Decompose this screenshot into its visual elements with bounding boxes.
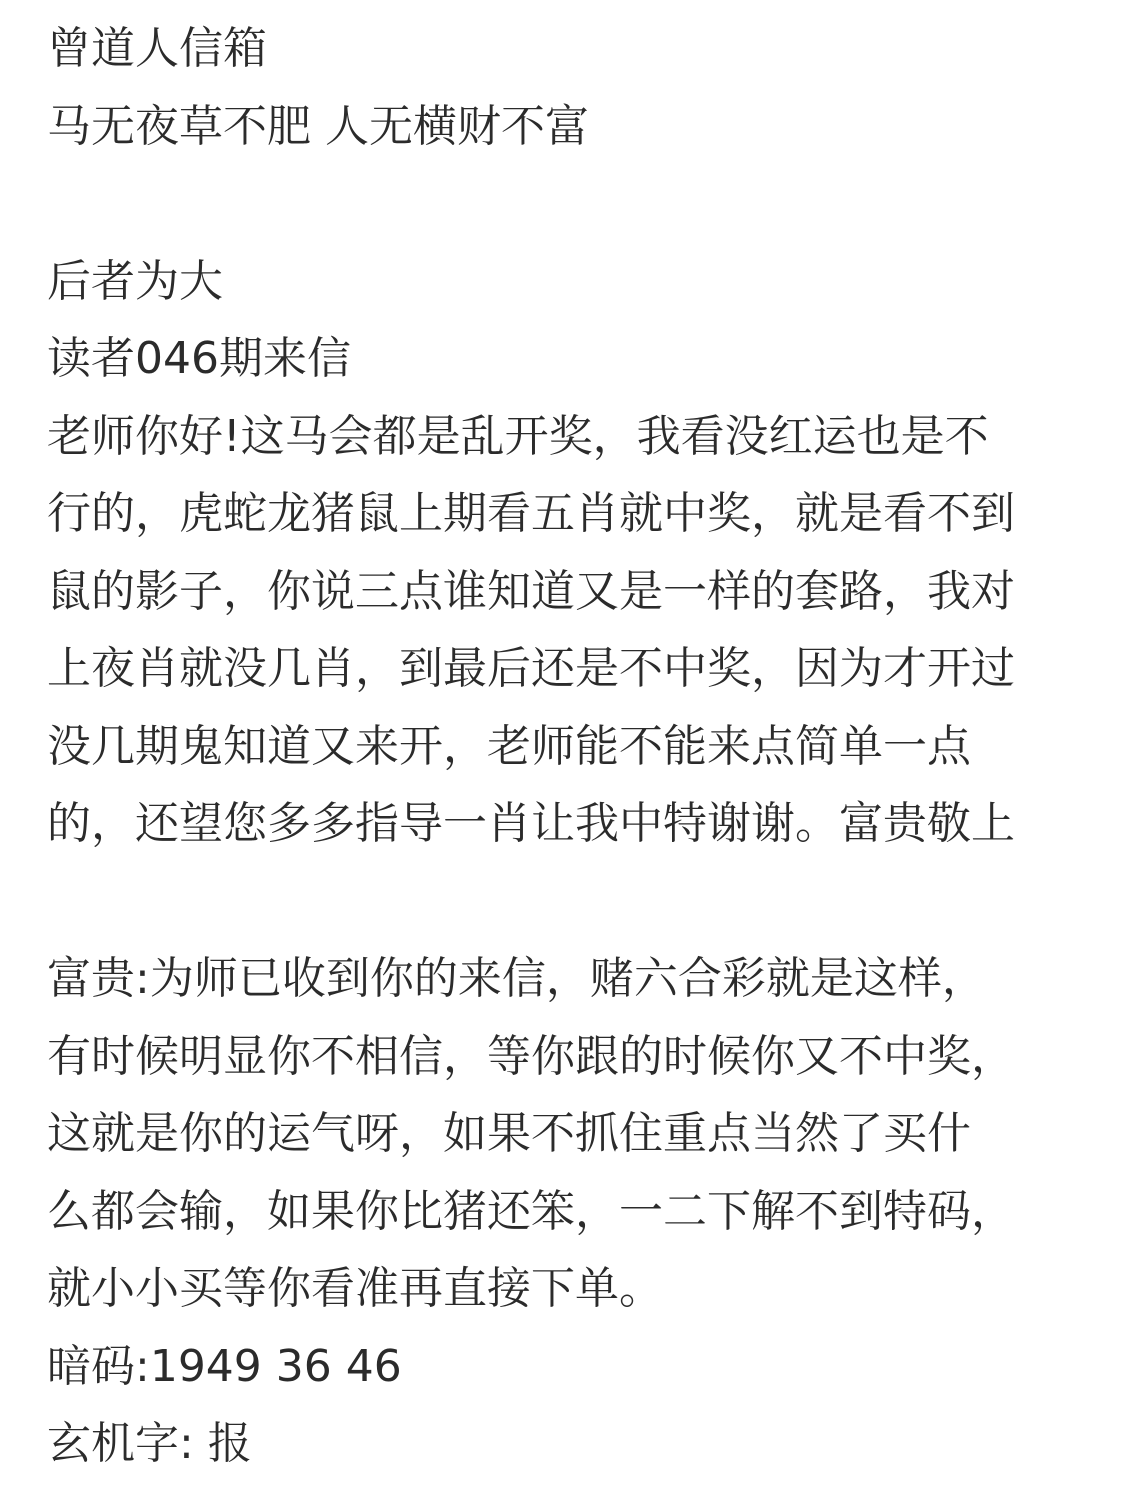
reply-line: 就小小买等你看准再直接下单。 (47, 1250, 1087, 1328)
letter-line: 的，还望您多多指导一肖让我中特谢谢。富贵敬上 (47, 785, 1087, 863)
reply-line: 有时候明显你不相信，等你跟的时候你又不中奖， (47, 1018, 1087, 1096)
document-title: 曾道人信箱 (47, 10, 1087, 88)
document-subtitle: 马无夜草不肥 人无横财不富 (47, 88, 1087, 166)
letter-line: 没几期鬼知道又来开，老师能不能来点简单一点 (47, 708, 1087, 786)
letter-line: 上夜肖就没几肖，到最后还是不中奖，因为才开过 (47, 630, 1087, 708)
reply-paragraph: 富贵:为师已收到你的来信，赌六合彩就是这样， 有时候明显你不相信，等你跟的时候你… (47, 940, 1087, 1328)
reply-line: 富贵:为师已收到你的来信，赌六合彩就是这样， (47, 940, 1087, 1018)
code-line: 暗码:1949 36 46 (47, 1328, 1087, 1406)
document-body: 曾道人信箱 马无夜草不肥 人无横财不富 后者为大 读者046期来信 老师你好!这… (47, 10, 1087, 1483)
letter-line: 鼠的影子，你说三点谁知道又是一样的套路，我对 (47, 553, 1087, 631)
reply-line: 这就是你的运气呀，如果不抓住重点当然了买什 (47, 1095, 1087, 1173)
letter-line: 行的，虎蛇龙猪鼠上期看五肖就中奖，就是看不到 (47, 475, 1087, 553)
mystery-word-line: 玄机字: 报 (47, 1405, 1087, 1483)
letter-paragraph: 老师你好!这马会都是乱开奖，我看没红运也是不 行的，虎蛇龙猪鼠上期看五肖就中奖，… (47, 398, 1087, 863)
blank-line (47, 165, 1087, 243)
reply-line: 么都会输，如果你比猪还笨，一二下解不到特码， (47, 1173, 1087, 1251)
section-heading: 后者为大 (47, 243, 1087, 321)
letter-line: 老师你好!这马会都是乱开奖，我看没红运也是不 (47, 398, 1087, 476)
blank-line (47, 863, 1087, 941)
letter-label: 读者046期来信 (47, 320, 1087, 398)
